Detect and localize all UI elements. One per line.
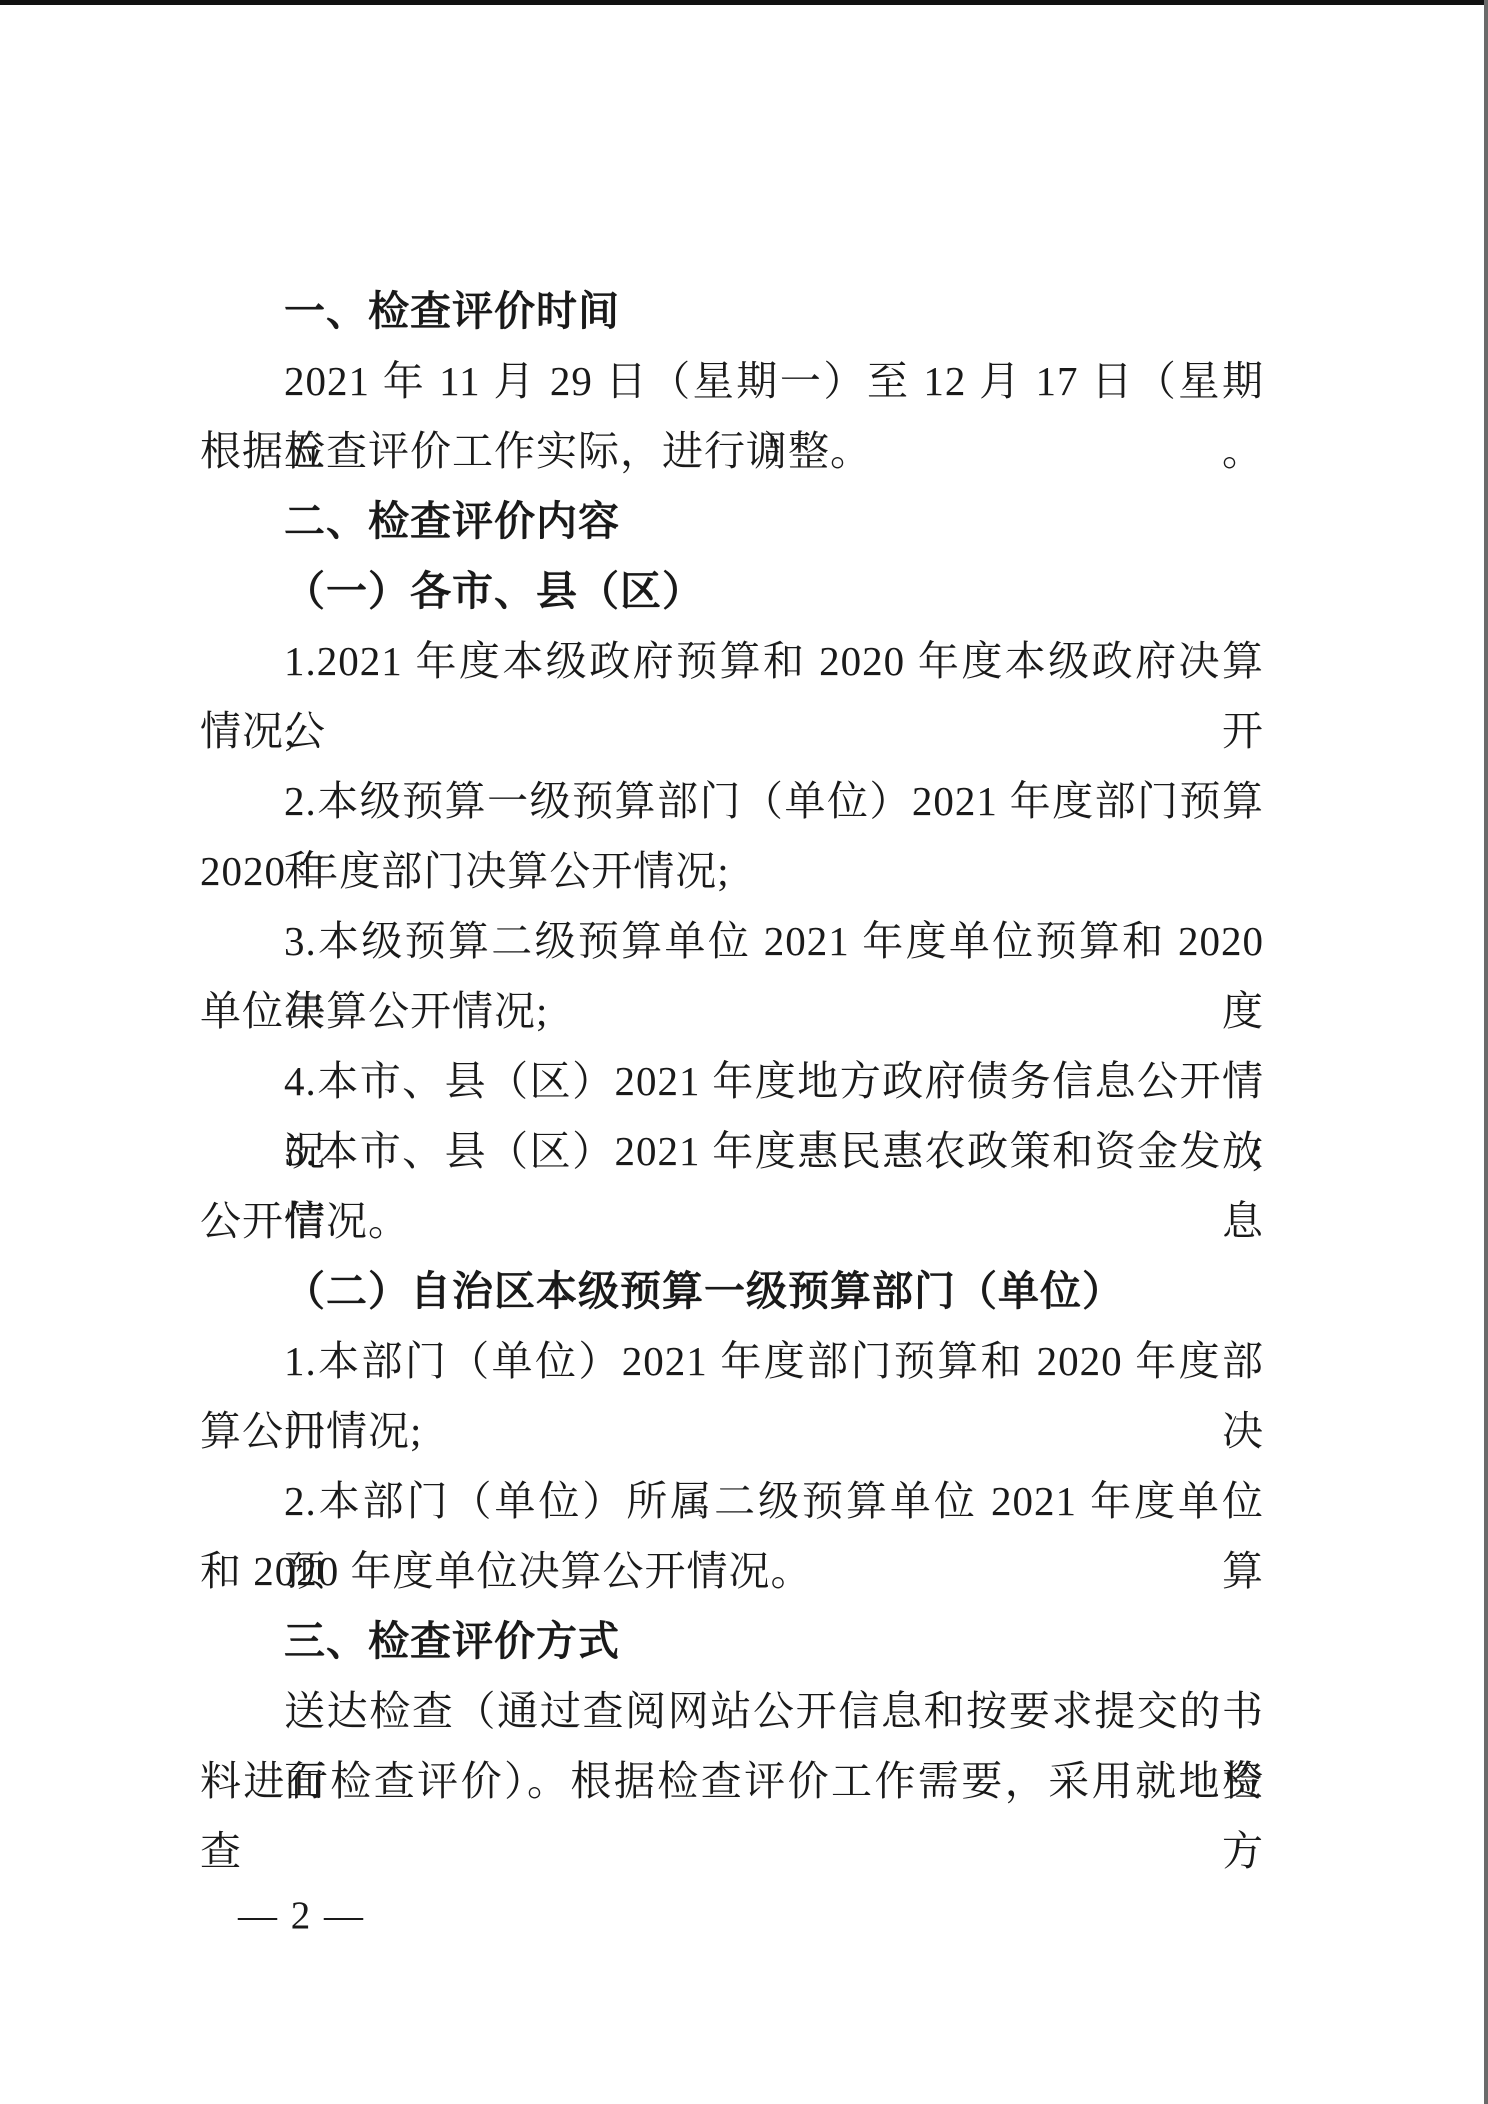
page-number: — 2 — [238,1886,365,1946]
body-text-line: 2.本级预算一级预算部门（单位）2021 年度部门预算和 [200,766,1264,836]
document-page: 一、检查评价时间2021 年 11 月 29 日（星期一）至 12 月 17 日… [0,0,1488,2104]
body-text-line: 1.2021 年度本级政府预算和 2020 年度本级政府决算公开 [200,626,1264,696]
body-text-line: 4.本市、县（区）2021 年度地方政府债务信息公开情况; [200,1046,1264,1116]
page-edge-line [1484,0,1488,2104]
top-border [0,0,1488,5]
body-text-line: 2020 年度部门决算公开情况; [200,836,1264,906]
body-text-line: 送达检查（通过查阅网站公开信息和按要求提交的书面资 [200,1676,1264,1746]
section-heading: 一、检查评价时间 [200,276,1264,346]
body-text-line: 料进行检查评价）。根据检查评价工作需要，采用就地检查方 [200,1746,1264,1816]
body-text-line: 2021 年 11 月 29 日（星期一）至 12 月 17 日（星期五）。 [200,346,1264,416]
body-text-line: 3.本级预算二级预算单位 2021 年度单位预算和 2020 年度 [200,906,1264,976]
document-body: 一、检查评价时间2021 年 11 月 29 日（星期一）至 12 月 17 日… [200,276,1264,1816]
sub-section-heading: （一）各市、县（区） [200,556,1264,626]
body-text-line: 2.本部门（单位）所属二级预算单位 2021 年度单位预算 [200,1466,1264,1536]
section-heading: 二、检查评价内容 [200,486,1264,556]
body-text-line: 1.本部门（单位）2021 年度部门预算和 2020 年度部门决 [200,1326,1264,1396]
sub-section-heading: （二）自治区本级预算一级预算部门（单位） [200,1256,1264,1326]
body-text-line: 5.本市、县（区）2021 年度惠民惠农政策和资金发放信息 [200,1116,1264,1186]
section-heading: 三、检查评价方式 [200,1606,1264,1676]
